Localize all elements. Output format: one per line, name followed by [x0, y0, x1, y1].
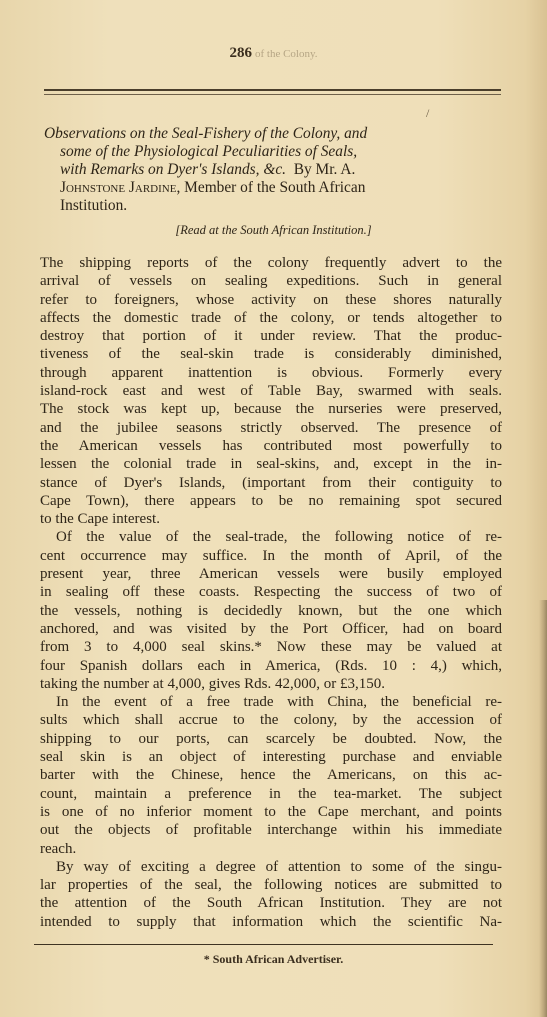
- text-line: the American vessels has contributed mos…: [40, 437, 502, 455]
- title-line-3: with Remarks on Dyer's Islands, &c. By M…: [44, 161, 506, 179]
- bleed-through-text: of the Colony.: [255, 48, 318, 60]
- article-body: The shipping reports of the colony frequ…: [40, 254, 502, 931]
- text-line: In the event of a free trade with China,…: [40, 693, 502, 711]
- title-line-2: some of the Physiological Peculiarities …: [44, 143, 506, 161]
- text-line: destroy that portion of it under review.…: [40, 327, 502, 345]
- text-line: the attention of the South African Insti…: [40, 894, 502, 912]
- text-line: present year, three American vessels wer…: [40, 565, 502, 583]
- margin-mark: /: [426, 106, 429, 121]
- text-line: to the Cape interest.: [40, 510, 502, 528]
- header-rule-thin: [44, 94, 501, 95]
- article-title: Observations on the Seal-Fishery of the …: [44, 125, 506, 215]
- text-line: stance of Dyer's Islands, (important fro…: [40, 474, 502, 492]
- text-line: taking the number at 4,000, gives Rds. 4…: [40, 675, 502, 693]
- header-rule: [44, 89, 501, 91]
- text-line: anchored, and was visited by the Port Of…: [40, 620, 502, 638]
- paragraph-3: In the event of a free trade with China,…: [40, 693, 502, 858]
- paragraph-2: Of the value of the seal-trade, the foll…: [40, 528, 502, 693]
- text-line: through apparent inattention is obvious.…: [40, 364, 502, 382]
- paragraph-1: The shipping reports of the colony frequ…: [40, 254, 502, 528]
- text-line: By way of exciting a degree of attention…: [40, 858, 502, 876]
- text-line: refer to foreigners, whose activity on t…: [40, 291, 502, 309]
- text-line: the vessels, nothing is decidedly known,…: [40, 602, 502, 620]
- text-line: island-rock east and west of Table Bay, …: [40, 382, 502, 400]
- title-line-5: Institution.: [44, 197, 506, 215]
- text-line: is one of no inferior moment to the Cape…: [40, 803, 502, 821]
- title-by: By Mr. A.: [294, 161, 356, 178]
- book-page: 286of the Colony. / Observations on the …: [0, 0, 547, 1017]
- title-line-4: Johnstone Jardine, Member of the South A…: [44, 179, 506, 197]
- text-line: and the jubilee seasons strictly observe…: [40, 419, 502, 437]
- footnote-rule: [34, 944, 493, 945]
- text-line: cent occurrence may suffice. In the mont…: [40, 547, 502, 565]
- author-name: Johnstone Jardine,: [60, 179, 180, 196]
- page-header: 286of the Colony.: [0, 45, 547, 62]
- text-line: The shipping reports of the colony frequ…: [40, 254, 502, 272]
- text-line: shipping to our ports, can scarcely be d…: [40, 730, 502, 748]
- text-line: from 3 to 4,000 seal skins.* Now these m…: [40, 638, 502, 656]
- text-line: arrival of vessels on sealing expedition…: [40, 272, 502, 290]
- text-line: intended to supply that information whic…: [40, 913, 502, 931]
- footnote: * South African Advertiser.: [0, 952, 547, 967]
- read-at-note: [Read at the South African Institution.]: [0, 223, 547, 238]
- text-line: in sealing off these coasts. Respecting …: [40, 583, 502, 601]
- title-line-1: Observations on the Seal-Fishery of the …: [44, 125, 506, 143]
- text-line: four Spanish dollars each in America, (R…: [40, 657, 502, 675]
- text-line: Of the value of the seal-trade, the foll…: [40, 528, 502, 546]
- text-line: seal skin is an object of interesting pu…: [40, 748, 502, 766]
- author-affiliation: Member of the South African: [184, 179, 365, 196]
- text-line: lessen the colonial trade in seal-skins,…: [40, 455, 502, 473]
- title-italic-end: with Remarks on Dyer's Islands, &c.: [60, 161, 286, 178]
- text-line: The stock was kept up, because the nurse…: [40, 400, 502, 418]
- page-number: 286: [229, 45, 252, 61]
- text-line: lar properties of the seal, the followin…: [40, 876, 502, 894]
- text-line: affects the domestic trade of the colony…: [40, 309, 502, 327]
- text-line: sults which shall accrue to the colony, …: [40, 711, 502, 729]
- text-line: barter with the Chinese, hence the Ameri…: [40, 766, 502, 784]
- text-line: reach.: [40, 840, 502, 858]
- page-edge-shadow: [539, 600, 547, 1017]
- text-line: count, maintain a preference in the tea-…: [40, 785, 502, 803]
- text-line: tiveness of the seal-skin trade is consi…: [40, 345, 502, 363]
- text-line: Cape Town), there appears to be no remai…: [40, 492, 502, 510]
- text-line: out the objects of profitable interchang…: [40, 821, 502, 839]
- paragraph-4: By way of exciting a degree of attention…: [40, 858, 502, 931]
